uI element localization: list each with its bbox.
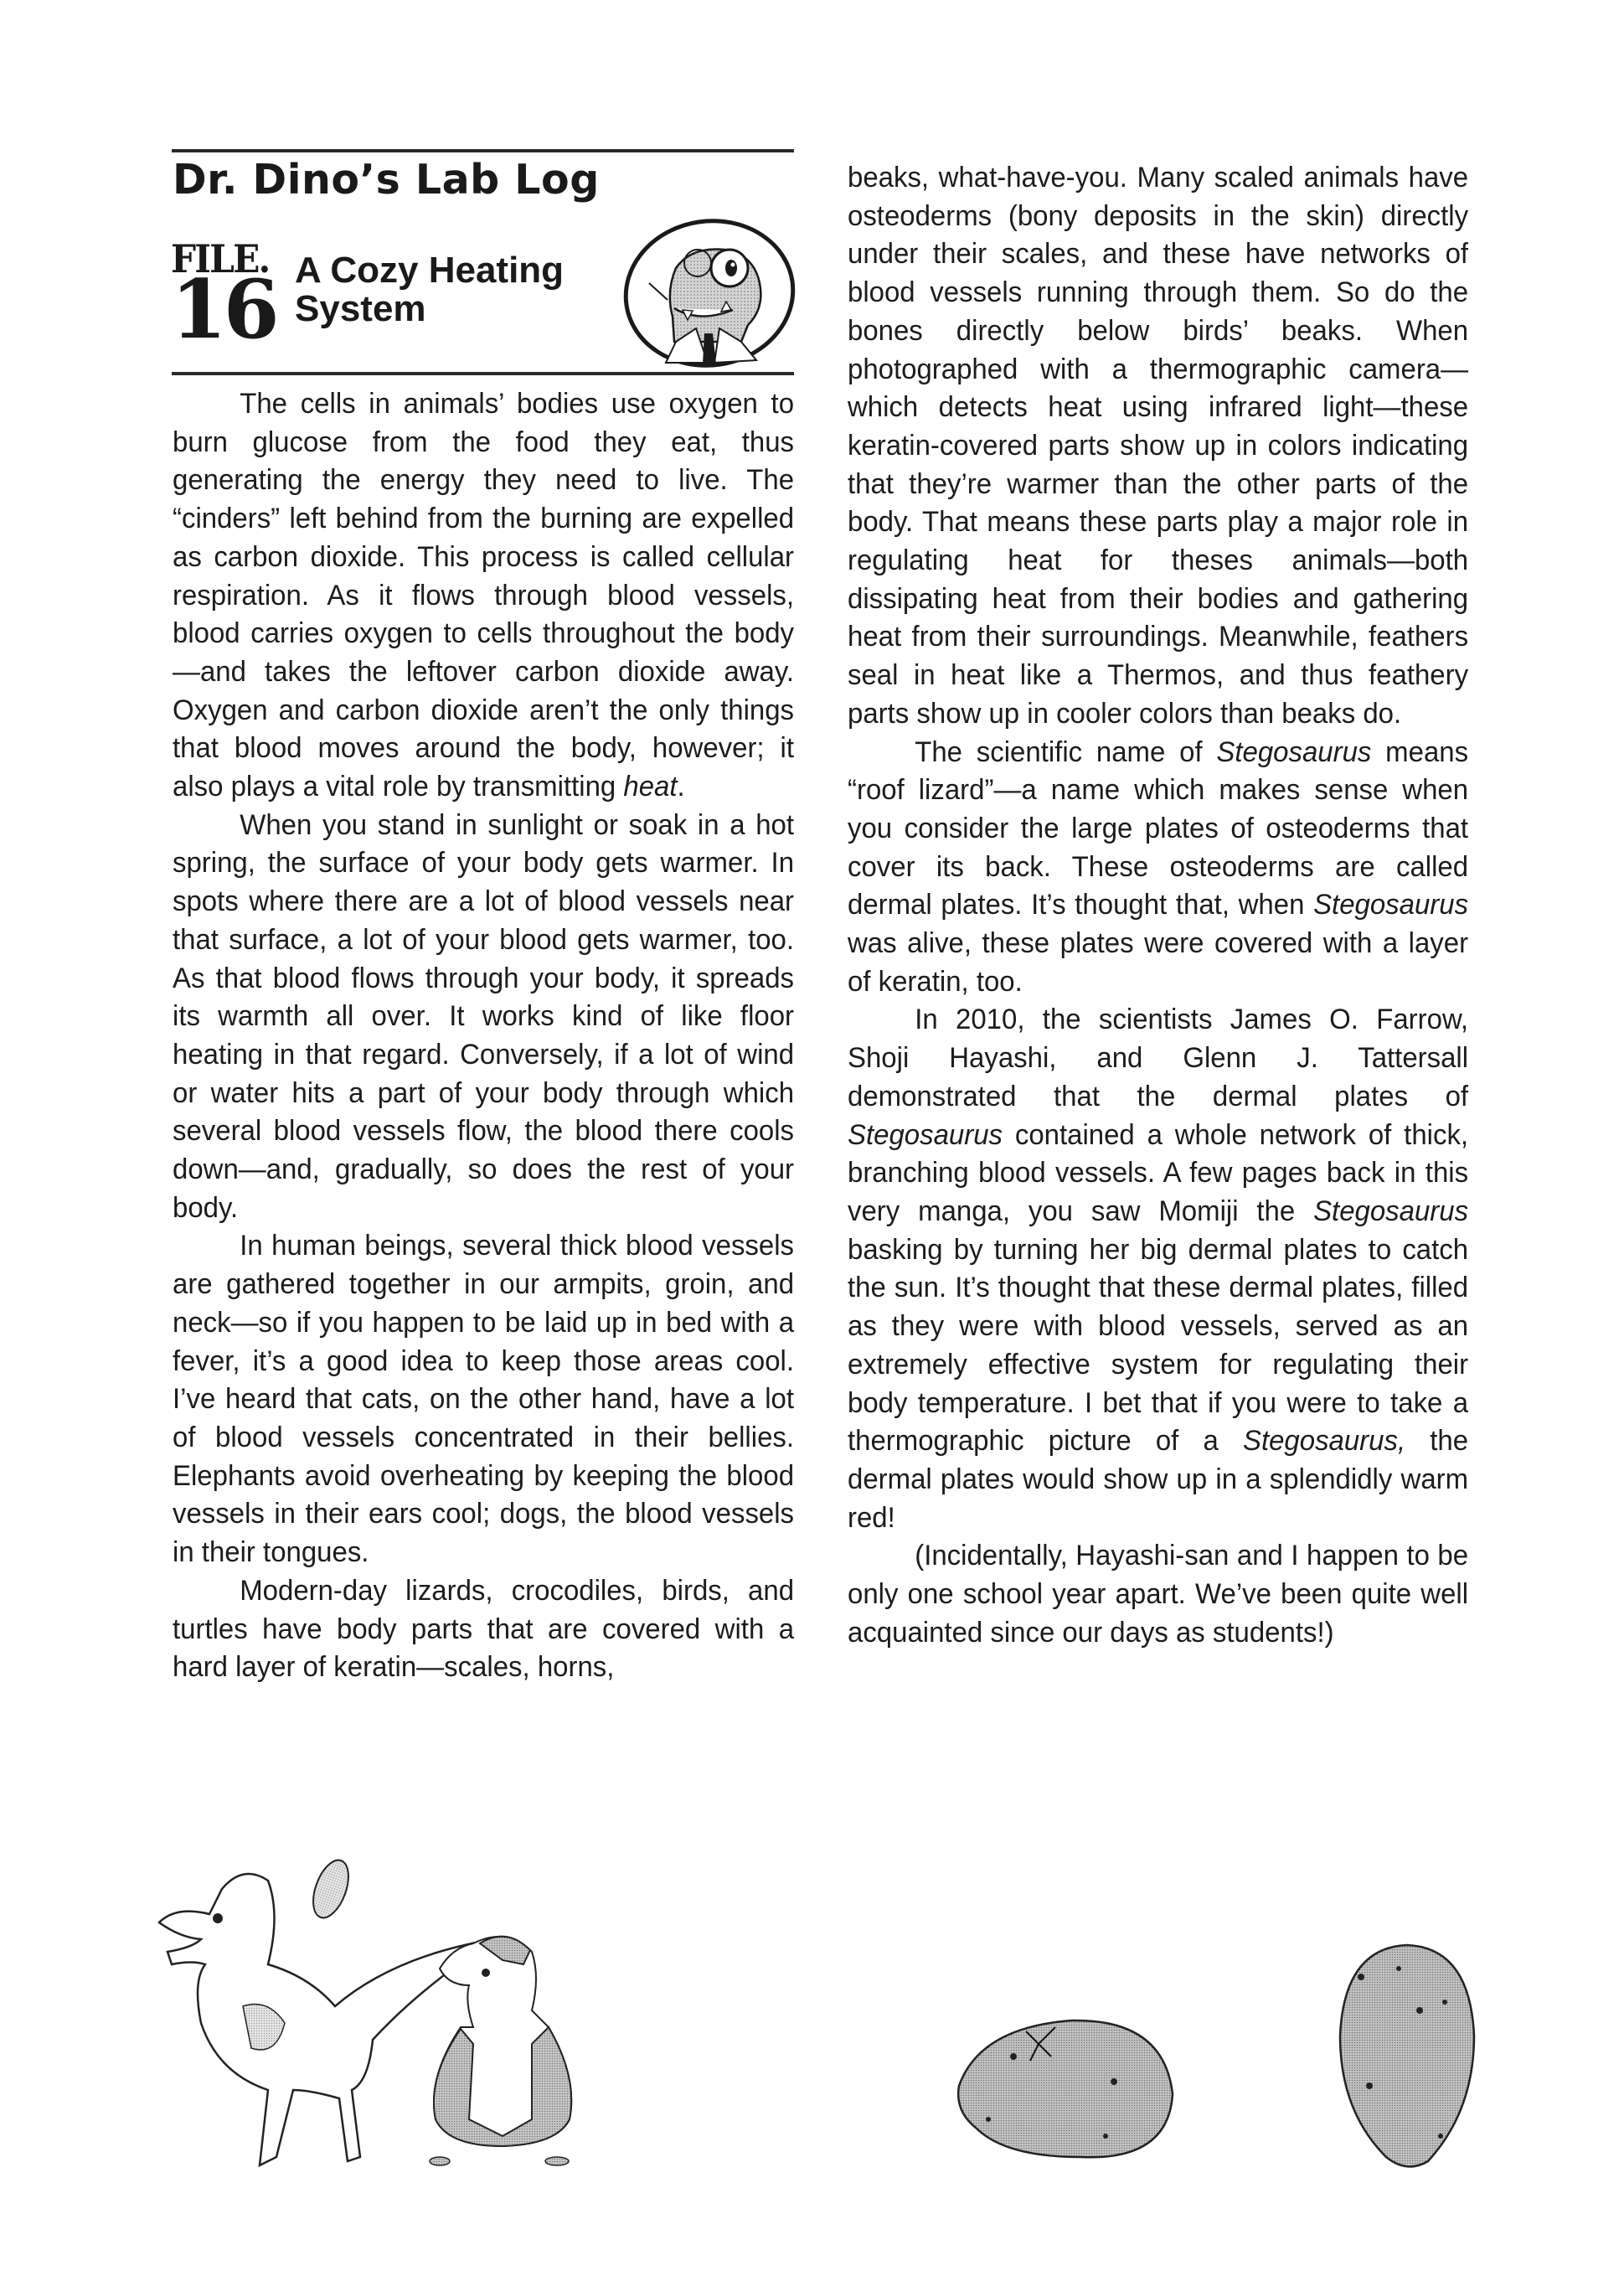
- right-column: beaks, what-have-you. Many scaled animal…: [848, 159, 1468, 1652]
- dr-dino-mascot-icon: [616, 216, 796, 369]
- paragraph-keratin-animals: Modern-day lizards, crocodiles, birds, a…: [173, 1572, 794, 1687]
- paragraph-human-blood-vessels: In human beings, several thick blood ves…: [173, 1227, 794, 1571]
- file-title-line1: A Cozy Heating: [295, 251, 564, 290]
- paragraph-stegosaurus-name: The scientific name of Stegosaurus means…: [848, 734, 1468, 1002]
- file-title-line2: System: [295, 290, 564, 328]
- cracked-round-egg-illustration-icon: [955, 2019, 1189, 2170]
- header-bottom-rule: [172, 372, 794, 375]
- series-title: Dr. Dino’s Lab Log: [173, 156, 600, 204]
- paragraph-2010-study: In 2010, the scientists James O. Farrow,…: [848, 1001, 1468, 1537]
- paragraph-cellular-respiration: The cells in animals’ bodies use oxygen …: [173, 385, 794, 807]
- file-number: 16: [171, 270, 276, 350]
- left-column: The cells in animals’ bodies use oxygen …: [173, 385, 794, 1687]
- emphasis-heat: heat: [623, 771, 677, 802]
- document-page: Dr. Dino’s Lab Log FILE. 16 A Cozy Heati…: [0, 0, 1624, 2281]
- header-top-rule: [172, 149, 794, 152]
- paragraph-beaks-thermography: beaks, what-have-you. Many scaled animal…: [848, 159, 1468, 734]
- paragraph-sunlight-warmth: When you stand in sunlight or soak in a …: [173, 807, 794, 1228]
- elongated-egg-illustration-icon: [1336, 1943, 1478, 2170]
- paragraph-hayashi-aside: (Incidentally, Hayashi-san and I happen …: [848, 1537, 1468, 1652]
- hatchling-in-egg-illustration-icon: [423, 1927, 582, 2170]
- file-title: A Cozy Heating System: [295, 251, 564, 328]
